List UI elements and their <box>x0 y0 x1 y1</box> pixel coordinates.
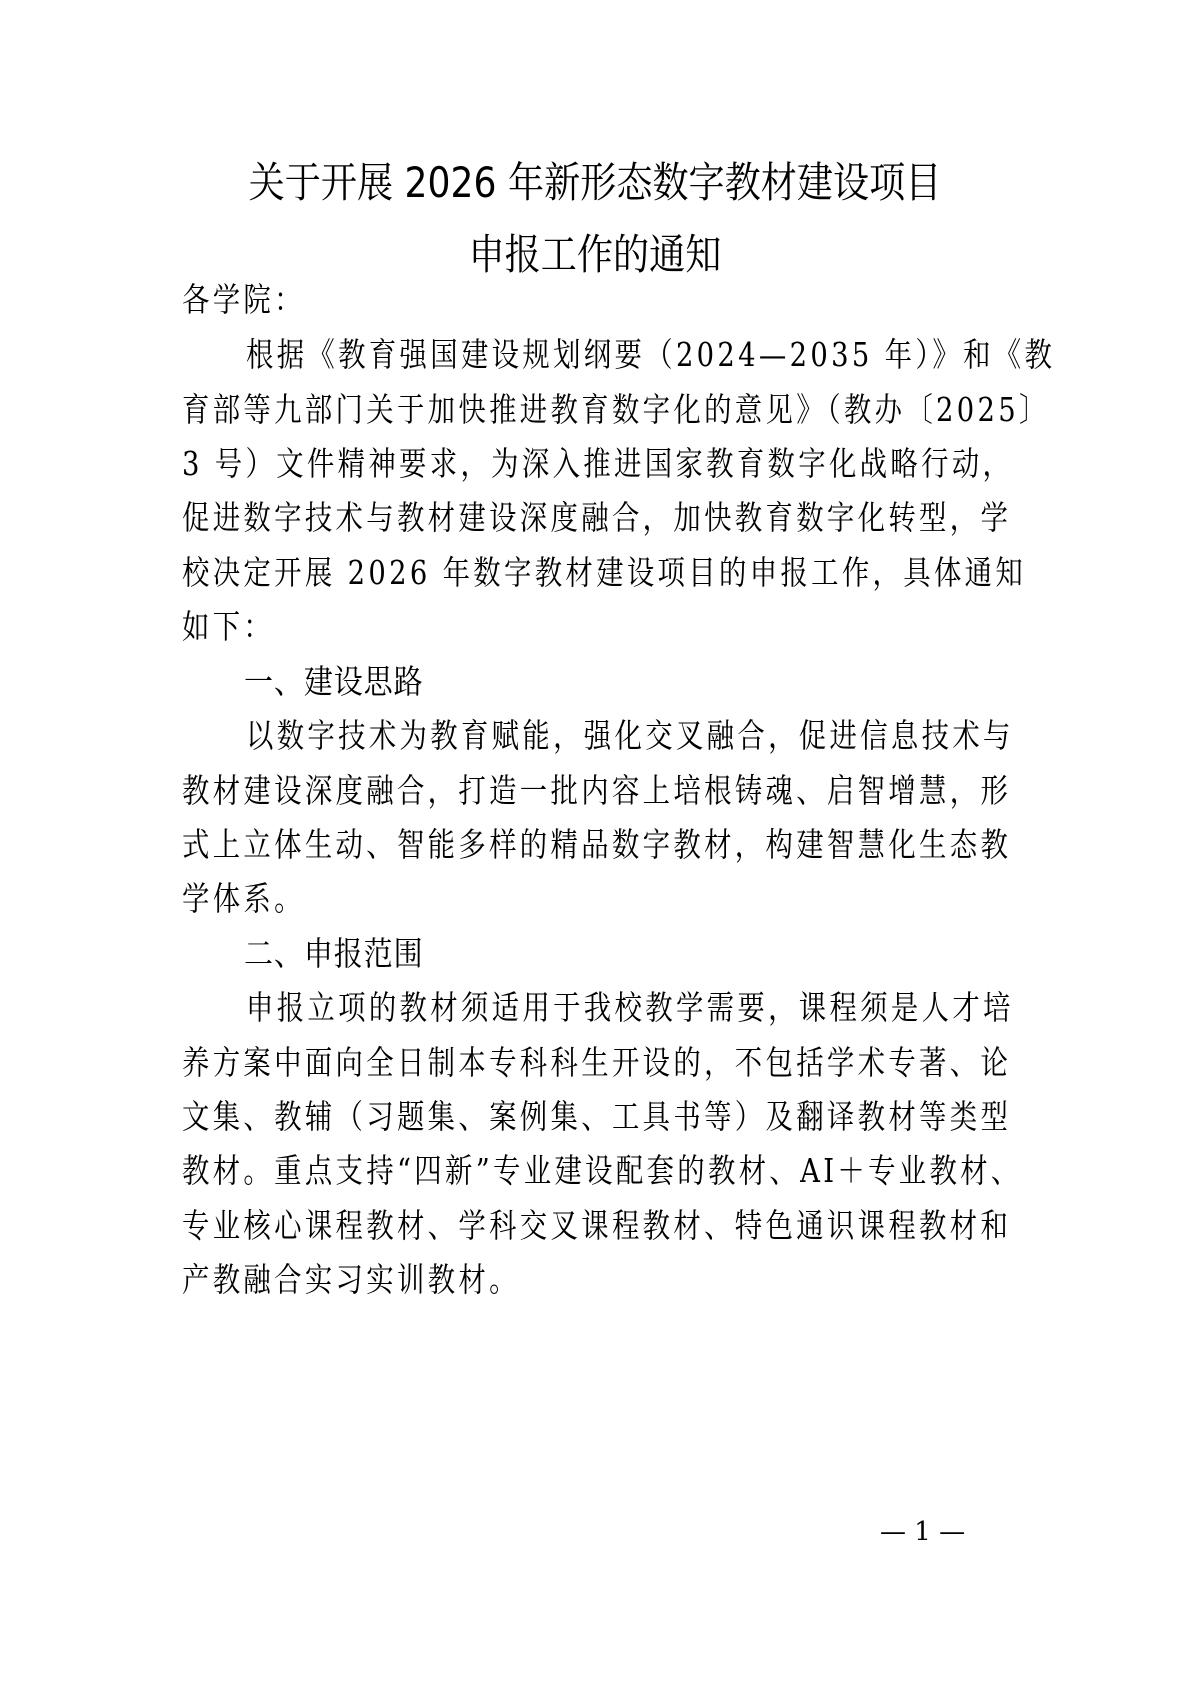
section-2-line: 养方案中面向全日制本专科科生开设的，不包括学术专著、论 <box>182 1045 1011 1081</box>
section-2-line: 教材。重点支持“四新”专业建设配套的教材、AI＋专业教材、 <box>182 1153 1022 1189</box>
intro-line: 校决定开展 2026 年数字教材建设项目的申报工作，具体通知 <box>182 555 1026 591</box>
document-page: 关于开展 2026 年新形态数字教材建设项目 申报工作的通知 各学院： 根据《教… <box>0 0 1191 1684</box>
section-heading-1: 一、建设思路 <box>244 664 424 700</box>
page-number: — 1 — <box>880 1517 965 1547</box>
intro-line: 如下： <box>182 609 274 645</box>
document-title-line-2: 申报工作的通知 <box>212 234 977 276</box>
section-2-line: 申报立项的教材须适用于我校教学需要，课程须是人才培 <box>246 990 1014 1026</box>
section-1-line: 教材建设深度融合，打造一批内容上培根铸魂、启智增慧，形 <box>182 773 1011 809</box>
intro-line: 促进数字技术与教材建设深度融合，加快教育数字化转型，学 <box>182 500 1011 536</box>
section-2-line: 产教融合实习实训教材。 <box>182 1262 520 1298</box>
section-1-line: 以数字技术为教育赋能，强化交叉融合，促进信息技术与 <box>246 718 1014 754</box>
salutation: 各学院： <box>182 282 305 318</box>
intro-line: 育部等九部门关于加快推进教育数字化的意见》（教办〔2025〕 <box>182 392 1050 428</box>
section-2-line: 专业核心课程教材、学科交叉课程教材、特色通识课程教材和 <box>182 1208 1011 1244</box>
section-1-line: 学体系。 <box>182 881 305 917</box>
section-1-line: 式上立体生动、智能多样的精品数字教材，构建智慧化生态教 <box>182 827 1011 863</box>
document-title-line-1: 关于开展 2026 年新形态数字教材建设项目 <box>212 162 977 204</box>
section-heading-2: 二、申报范围 <box>244 936 424 972</box>
intro-line: 3 号）文件精神要求，为深入推进国家教育数字化战略行动， <box>182 446 1013 482</box>
intro-line: 根据《教育强国建设规划纲要（2024—2035 年）》和《教 <box>246 337 1055 373</box>
section-2-line: 文集、教辅（习题集、案例集、工具书等）及翻译教材等类型 <box>182 1099 1011 1135</box>
